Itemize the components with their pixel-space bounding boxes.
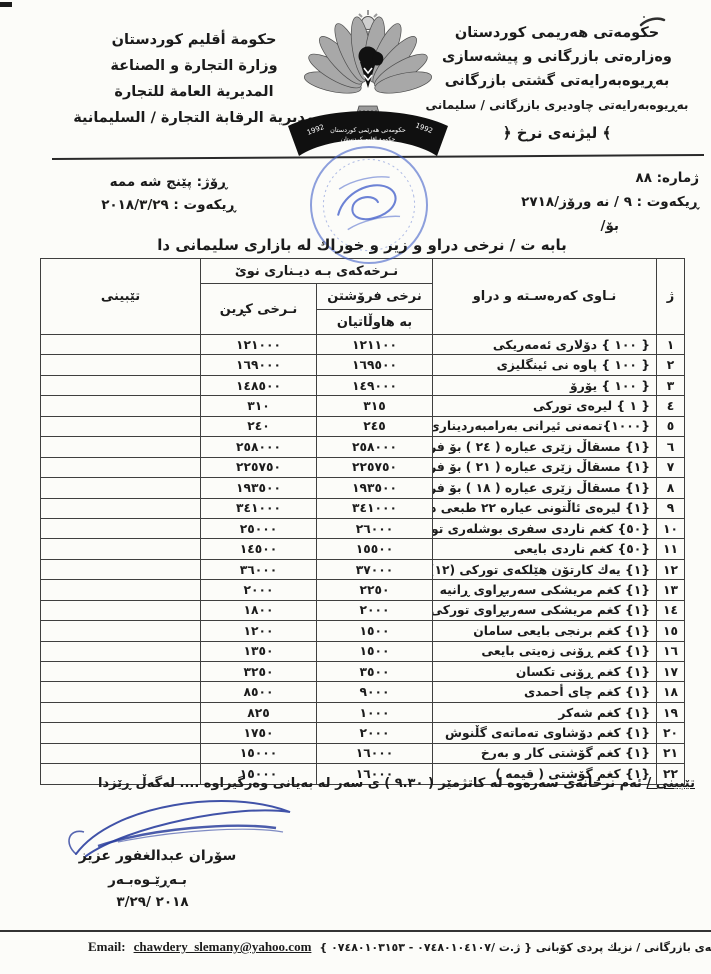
header-line: به‌ڕیوه‌به‌رایه‌تی چاودیری بازرگانی / سل… [411, 93, 703, 117]
cell-note [41, 580, 201, 600]
cell-item: {٥٠} كغم ناردی سفری بوشله‌ری توركی [433, 518, 657, 538]
table-row: ١٨{١} كغم چای أحمدی٩٠٠٠٨٥٠٠ [41, 682, 685, 702]
cell-no: ٢٠ [657, 723, 685, 743]
cell-no: ٩ [657, 498, 685, 518]
cell-no: ١٧ [657, 662, 685, 682]
cell-item: {١} یه‌ك كارتۆن هێلكه‌ی توركی (١٢) ته‌به… [433, 559, 657, 579]
price-table-header: ژ نـاوی كه‌ره‌سـته‌ و دراو نـرخه‌كه‌ی بـ… [41, 259, 685, 335]
cell-item: {١} مسقاڵ زێری عیاره‌ ( ٢١ ) بۆ فرۆشتن [433, 457, 657, 477]
document-date-gregorian: ڕیكه‌وت : ٢٠١٨/٣/٢٩ [56, 194, 281, 217]
cell-no: ١٠ [657, 518, 685, 538]
cell-sell: ١٠٠٠ [317, 702, 433, 722]
cell-sell: ٣٤١٠٠٠ [317, 498, 433, 518]
cell-item: {١} كغم گۆشتی كار و به‌رخ [433, 743, 657, 763]
cell-buy: ٨٥٠٠ [201, 682, 317, 702]
cell-buy: ٣٤١٠٠٠ [201, 498, 317, 518]
cell-buy: ١٣٥٠ [201, 641, 317, 661]
cell-note [41, 355, 201, 375]
signature-ink [58, 786, 313, 864]
footer-address-phones: كۆمه‌ڵگه‌ی بازرگانی / نزیك پردی كۆبانی {… [319, 941, 711, 954]
col-header-buy: نـرخی كڕین [201, 284, 317, 335]
scan-artifact [0, 2, 12, 7]
table-row: ٢١{١} كغم گۆشتی كار و به‌رخ١٦٠٠٠١٥٠٠٠ [41, 743, 685, 763]
cell-buy: ٨٢٥ [201, 702, 317, 722]
table-row: ٤{ ١ } لیره‌ی توركی٣١٥٣١٠ [41, 396, 685, 416]
header-line: حكومه‌تی هه‌ریمی كوردستان [411, 21, 703, 45]
table-row: ١٣{١} كغم مریشكی سه‌ربڕاوی ڕانیه‌٢٢٥٠٢٠٠… [41, 580, 685, 600]
cell-item: {١} كغم برنجی بایعی سامان [433, 621, 657, 641]
cell-sell: ١٤٩٠٠٠ [317, 375, 433, 395]
cell-item: {١} كغم مریشكی سه‌ربڕاوی ڕانیه‌ [433, 580, 657, 600]
header-line: به‌ڕیوه‌به‌رایه‌تی گشتی بازرگانی [411, 69, 703, 93]
document-meta-left: ڕۆژ: پێنج شه‌ ممه‌ ڕیكه‌وت : ٢٠١٨/٣/٢٩ [56, 171, 281, 217]
header-line: وه‌زاره‌تی بازرگانی و پیشه‌سازی [411, 45, 703, 69]
table-row: ١٩{١} كغم شه‌كر١٠٠٠٨٢٥ [41, 702, 685, 722]
cell-sell: ٣٥٠٠ [317, 662, 433, 682]
cell-item: {١} كغم ڕۆنی تكسان [433, 662, 657, 682]
price-table-body: ١{ ١٠٠ } دۆلاری ئه‌مه‌ریكی١٢١١٠٠١٢١٠٠٠٢{… [41, 335, 685, 785]
document-day: ڕۆژ: پێنج شه‌ ممه‌ [56, 171, 281, 194]
cell-buy: ١٧٥٠ [201, 723, 317, 743]
cell-note [41, 743, 201, 763]
col-header-notes: تێبینی [41, 259, 201, 335]
cell-item: {١} مسقاڵ زێری عیاره‌ ( ١٨ ) بۆ فرۆشتن [433, 478, 657, 498]
cell-sell: ٢٥٨٠٠٠ [317, 437, 433, 457]
cell-sell: ٢٦٠٠٠ [317, 518, 433, 538]
col-header-sell-sub: به‌ هاوڵاتیان [317, 310, 433, 335]
cell-no: ٨ [657, 478, 685, 498]
cell-sell: ١٥٥٠٠ [317, 539, 433, 559]
table-row: ١٥{١} كغم برنجی بایعی سامان١٥٠٠١٢٠٠ [41, 621, 685, 641]
cell-no: ١٢ [657, 559, 685, 579]
cell-buy: ٢٥٨٠٠٠ [201, 437, 317, 457]
cell-sell: ٣١٥ [317, 396, 433, 416]
cell-no: ٧ [657, 457, 685, 477]
col-header-item: نـاوی كه‌ره‌سـته‌ و دراو [433, 259, 657, 335]
cell-buy: ١٢١٠٠٠ [201, 335, 317, 355]
cell-sell: ١٦٩٥٠٠ [317, 355, 433, 375]
cell-buy: ٢٥٠٠٠ [201, 518, 317, 538]
cell-note [41, 335, 201, 355]
cell-sell: ١٩٣٥٠٠ [317, 478, 433, 498]
email-label: Email: [88, 939, 126, 955]
cell-note [41, 641, 201, 661]
cell-no: ٢١ [657, 743, 685, 763]
kurdistan-eagle-emblem: 1992 1992 حكومه‌تی هه‌رێمی كوردستان حكوم… [282, 6, 454, 158]
cell-buy: ٢٢٥٧٥٠ [201, 457, 317, 477]
cell-buy: ٢٤٠ [201, 416, 317, 436]
table-row: ٣{ ١٠٠ } یۆرۆ١٤٩٠٠٠١٤٨٥٠٠ [41, 375, 685, 395]
cell-no: ٣ [657, 375, 685, 395]
scanned-document-page: حكومة أقليم كوردستان وزارة التجارة و الص… [0, 0, 711, 974]
cell-no: ١ [657, 335, 685, 355]
cell-item: { ١٠٠ } یۆرۆ [433, 375, 657, 395]
cell-note [41, 682, 201, 702]
cell-sell: ٢٢٥٠ [317, 580, 433, 600]
page-title: بابه‌ ت / نرخی دراو و زیر و خوراك له‌ با… [40, 236, 684, 254]
footnote-label: تێبینی / [646, 776, 695, 791]
addressee: بۆ/ [419, 214, 699, 238]
cell-note [41, 478, 201, 498]
table-row: ١{ ١٠٠ } دۆلاری ئه‌مه‌ریكی١٢١١٠٠١٢١٠٠٠ [41, 335, 685, 355]
signature-date: ٢٠١٨ /٣/٢٩ [60, 894, 245, 910]
table-row: ٨{١} مسقاڵ زێری عیاره‌ ( ١٨ ) بۆ فرۆشتن١… [41, 478, 685, 498]
cell-item: {١} كغم ڕۆنی زه‌یتی بایعی [433, 641, 657, 661]
table-row: ١١{٥٠} كغم ناردی بایعی١٥٥٠٠١٤٥٠٠ [41, 539, 685, 559]
ribbon-text-kurdish: حكومه‌تی هه‌رێمی كوردستان [330, 126, 406, 134]
cell-item: {١} كغم چای أحمدی [433, 682, 657, 702]
cell-no: ١٥ [657, 621, 685, 641]
cell-no: ٥ [657, 416, 685, 436]
cell-buy: ١٩٣٥٠٠ [201, 478, 317, 498]
cell-note [41, 437, 201, 457]
email-address: chawdery_slemany@yahoo.com [134, 939, 312, 955]
cell-buy: ٣٢٥٠ [201, 662, 317, 682]
table-row: ٥{١٠٠٠}تمه‌نی ئیرانی به‌رامبه‌ردیناری عی… [41, 416, 685, 436]
price-committee-title: ﴾ لیژنه‌ی نرخ ﴿ [411, 121, 703, 145]
ministry-header-kurdish: حكومه‌تی هه‌ریمی كوردستان وه‌زاره‌تی باز… [411, 21, 703, 145]
col-header-price-group: نـرخه‌كه‌ی بـه‌ دیـناری نوێ [201, 259, 433, 284]
cell-item: {١} مسقاڵ زێری عیاره‌ ( ٢٤ ) بۆ فرۆشتن [433, 437, 657, 457]
cell-buy: ١٤٨٥٠٠ [201, 375, 317, 395]
col-header-sell: نرخی فرۆشتن [317, 284, 433, 310]
cell-item: {١} كغم شه‌كر [433, 702, 657, 722]
table-row: ١٧{١} كغم ڕۆنی تكسان٣٥٠٠٣٢٥٠ [41, 662, 685, 682]
cell-note [41, 416, 201, 436]
cell-note [41, 457, 201, 477]
cell-note [41, 539, 201, 559]
cell-no: ١٦ [657, 641, 685, 661]
cell-note [41, 498, 201, 518]
cell-no: ١٣ [657, 580, 685, 600]
cell-no: ١٩ [657, 702, 685, 722]
cell-note [41, 396, 201, 416]
cell-item: { ١ } لیره‌ی توركی [433, 396, 657, 416]
cell-no: ١٤ [657, 600, 685, 620]
cell-no: ٢ [657, 355, 685, 375]
cell-buy: ٣٦٠٠٠ [201, 559, 317, 579]
cell-note [41, 559, 201, 579]
cell-item: {١} كغم دۆشاوی ته‌ماته‌ی گڵنوش [433, 723, 657, 743]
cell-note [41, 662, 201, 682]
cell-item: { ١٠٠ } پاوه‌ نی ئینگلیزی [433, 355, 657, 375]
table-row: ١٦{١} كغم ڕۆنی زه‌یتی بایعی١٥٠٠١٣٥٠ [41, 641, 685, 661]
cell-no: ٦ [657, 437, 685, 457]
col-header-number: ژ [657, 259, 685, 335]
cell-sell: ١٢١١٠٠ [317, 335, 433, 355]
table-row: ١٤{١} كغم مریشكی سه‌ربڕاوی توركی٢٠٠٠١٨٠٠ [41, 600, 685, 620]
cell-note [41, 621, 201, 641]
cell-buy: ١٢٠٠ [201, 621, 317, 641]
price-table: ژ نـاوی كه‌ره‌سـته‌ و دراو نـرخه‌كه‌ی بـ… [40, 258, 685, 785]
table-row: ٢{ ١٠٠ } پاوه‌ نی ئینگلیزی١٦٩٥٠٠١٦٩٠٠٠ [41, 355, 685, 375]
cell-sell: ١٥٠٠ [317, 621, 433, 641]
cell-sell: ١٦٠٠٠ [317, 743, 433, 763]
cell-sell: ٢٠٠٠ [317, 600, 433, 620]
cell-note [41, 600, 201, 620]
cell-item: {١٠٠٠}تمه‌نی ئیرانی به‌رامبه‌ردیناری عیر… [433, 416, 657, 436]
cell-sell: ٩٠٠٠ [317, 682, 433, 702]
cell-item: {١} لیره‌ی ئاڵتونی عیاره‌ ٢٢ طبعی دووبه‌… [433, 498, 657, 518]
footer-divider [0, 930, 711, 932]
cell-item: {١} كغم مریشكی سه‌ربڕاوی توركی [433, 600, 657, 620]
signatory-role: بـه‌ڕێـوه‌بـه‌ر [60, 872, 235, 888]
table-row: ٢٠{١} كغم دۆشاوی ته‌ماته‌ی گڵنوش٢٠٠٠١٧٥٠ [41, 723, 685, 743]
table-row: ٧{١} مسقاڵ زێری عیاره‌ ( ٢١ ) بۆ فرۆشتن٢… [41, 457, 685, 477]
cell-sell: ٣٧٠٠٠ [317, 559, 433, 579]
cell-buy: ١٤٥٠٠ [201, 539, 317, 559]
cell-sell: ٢٤٥ [317, 416, 433, 436]
cell-buy: ١٨٠٠ [201, 600, 317, 620]
cell-note [41, 702, 201, 722]
cell-no: ١٨ [657, 682, 685, 702]
document-date-kurdish: ڕیكه‌وت : ٩ / نه‌ ورۆز/٢٧١٨ [419, 190, 699, 214]
table-row: ١٠{٥٠} كغم ناردی سفری بوشله‌ری توركی٢٦٠٠… [41, 518, 685, 538]
cell-buy: ١٥٠٠٠ [201, 743, 317, 763]
document-meta-right: ژماره‌: ٨٨ ڕیكه‌وت : ٩ / نه‌ ورۆز/٢٧١٨ ب… [419, 166, 699, 238]
cell-sell: ٢٠٠٠ [317, 723, 433, 743]
cell-no: ١١ [657, 539, 685, 559]
table-row: ١٢{١} یه‌ك كارتۆن هێلكه‌ی توركی (١٢) ته‌… [41, 559, 685, 579]
cell-sell: ٢٢٥٧٥٠ [317, 457, 433, 477]
cell-item: {٥٠} كغم ناردی بایعی [433, 539, 657, 559]
table-row: ٦{١} مسقاڵ زێری عیاره‌ ( ٢٤ ) بۆ فرۆشتن٢… [41, 437, 685, 457]
cell-buy: ٢٠٠٠ [201, 580, 317, 600]
document-number: ژماره‌: ٨٨ [419, 166, 699, 190]
cell-buy: ١٦٩٠٠٠ [201, 355, 317, 375]
cell-item: { ١٠٠ } دۆلاری ئه‌مه‌ریكی [433, 335, 657, 355]
cell-note [41, 723, 201, 743]
table-row: ٩{١} لیره‌ی ئاڵتونی عیاره‌ ٢٢ طبعی دووبه… [41, 498, 685, 518]
cell-no: ٤ [657, 396, 685, 416]
footer-contact-line: Email: chawdery_slemany@yahoo.com كۆمه‌ڵ… [88, 939, 706, 955]
cell-note [41, 518, 201, 538]
cell-note [41, 375, 201, 395]
cell-sell: ١٥٠٠ [317, 641, 433, 661]
cell-buy: ٣١٠ [201, 396, 317, 416]
